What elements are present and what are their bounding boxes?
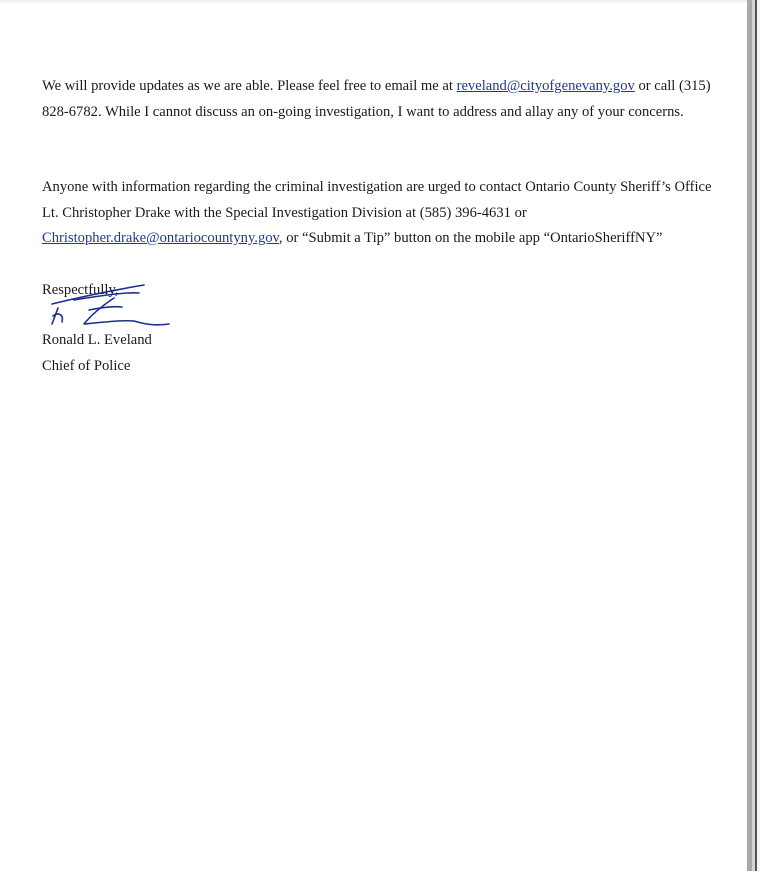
- tip-text-start: Anyone with information regarding the cr…: [42, 179, 712, 221]
- tip-paragraph: Anyone with information regarding the cr…: [42, 175, 722, 252]
- document-page: We will provide updates as we are able. …: [0, 0, 747, 871]
- tip-text-end: , or “Submit a Tip” button on the mobile…: [279, 230, 663, 246]
- signatory-name: Ronald L. Eveland: [42, 328, 152, 354]
- updates-paragraph: We will provide updates as we are able. …: [42, 74, 722, 125]
- investigator-email-link[interactable]: Christopher.drake@ontariocountyny.gov: [42, 230, 279, 246]
- signatory-title: Chief of Police: [42, 354, 130, 380]
- page-top-shadow: [0, 0, 747, 4]
- updates-text-start: We will provide updates as we are able. …: [42, 78, 457, 94]
- chief-email-link[interactable]: reveland@cityofgenevany.gov: [457, 78, 635, 94]
